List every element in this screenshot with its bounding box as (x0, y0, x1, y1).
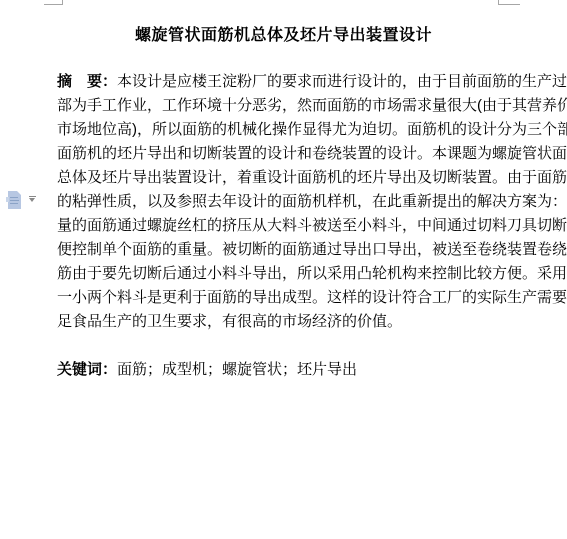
abstract-line: 的粘弹性质，以及参照去年设计的面筋机样机，在此重新提出的解决方案为：一定 (57, 190, 509, 214)
paste-options-button[interactable] (6, 189, 40, 211)
abstract-line: 市场地位高)，所以面筋的机械化操作显得尤为迫切。面筋机的设计分为三个部分： (57, 118, 509, 142)
crop-mark-line (62, 0, 63, 5)
abstract-line: 部为手工作业，工作环境十分恶劣，然而面筋的市场需求量很大(由于其营养价值和 (57, 94, 509, 118)
abstract-line: 便控制单个面筋的重量。被切断的面筋通过导出口导出，被送至卷绕装置卷绕。面 (57, 238, 509, 262)
abstract-line: 面筋机的坯片导出和切断装置的设计和卷绕装置的设计。本课题为螺旋管状面筋机 (57, 142, 509, 166)
keywords-label: 关键词： (57, 361, 117, 378)
document-page: 螺旋管状面筋机总体及坯片导出装置设计 摘 要：本设计是应楼王淀粉厂的要求而进行设… (0, 0, 567, 539)
crop-mark-line (498, 0, 499, 5)
icon-text-line (10, 200, 19, 201)
crop-mark-line (498, 4, 520, 5)
abstract-line: 一小两个料斗是更利于面筋的导出成型。这样的设计符合工厂的实际生产需要，满 (57, 286, 509, 310)
abstract-line: 筋由于要先切断后通过小料斗导出，所以采用凸轮机构来控制比较方便。采用一大 (57, 262, 509, 286)
keywords-text: 面筋；成型机；螺旋管状；坯片导出 (117, 361, 357, 378)
abstract-line-text: 本设计是应楼王淀粉厂的要求而进行设计的，由于目前面筋的生产过程全 (117, 73, 567, 90)
keywords-line: 关键词：面筋；成型机；螺旋管状；坯片导出 (57, 358, 357, 382)
abstract-line: 足食品生产的卫生要求，有很高的市场经济的价值。 (57, 310, 509, 334)
chevron-down-icon[interactable] (29, 196, 37, 204)
icon-text-line (10, 197, 18, 198)
abstract-line: 量的面筋通过螺旋丝杠的挤压从大料斗被送至小料斗，中间通过切料刀具切断，以 (57, 214, 509, 238)
clipboard-clip (6, 197, 9, 202)
icon-text-line (10, 203, 18, 204)
abstract-label: 摘 要： (57, 73, 117, 90)
folded-corner (17, 191, 21, 195)
page-title: 螺旋管状面筋机总体及坯片导出装置设计 (0, 26, 567, 46)
abstract-paragraph: 摘 要：本设计是应楼王淀粉厂的要求而进行设计的，由于目前面筋的生产过程全 部为手… (57, 70, 509, 334)
chevron-bar (29, 196, 36, 197)
abstract-line: 摘 要：本设计是应楼王淀粉厂的要求而进行设计的，由于目前面筋的生产过程全 (57, 70, 509, 94)
chevron-triangle (29, 198, 35, 202)
crop-mark-line (44, 4, 63, 5)
abstract-line: 总体及坯片导出装置设计，着重设计面筋机的坯片导出及切断装置。由于面筋特有 (57, 166, 509, 190)
paste-options-icon (8, 191, 21, 209)
